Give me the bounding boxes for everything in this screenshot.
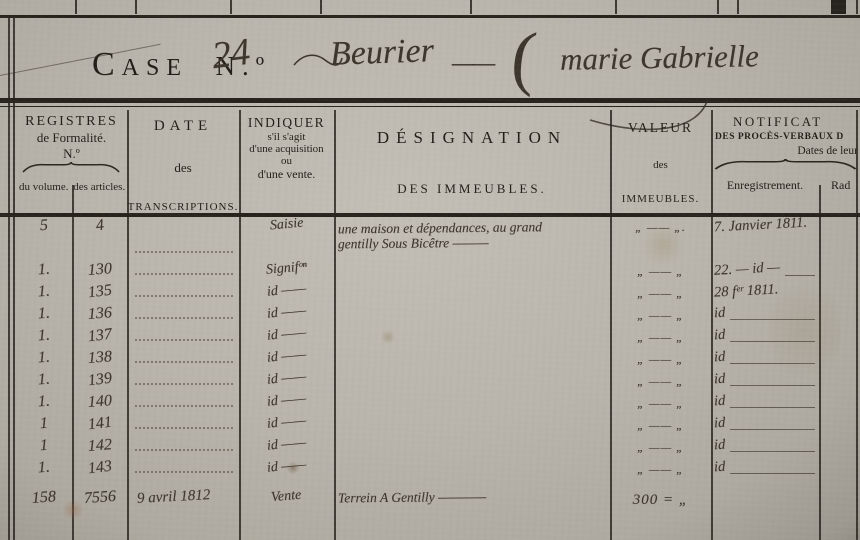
cell-radiation <box>819 261 860 283</box>
cell-volume: 1. <box>16 459 72 481</box>
dotted-line <box>135 405 233 407</box>
cell-article: 141 <box>72 415 127 437</box>
dotted-line <box>135 295 233 297</box>
table-row: 158 7556 9 avril 1812 Vente Terrein A Ge… <box>16 481 860 540</box>
valeur-sub2: IMMEUBLES. <box>622 193 700 205</box>
cell-transcription-date <box>127 371 239 393</box>
cell-enregistrement: id <box>711 415 819 437</box>
table-row: 1. 135 id —— „ —— „ 28 fᵉʳ 1811. <box>16 283 860 305</box>
dotted-line <box>135 251 233 253</box>
designation-value: Terrein A Gentilly ———— <box>338 488 610 506</box>
table-row: 1. 137 id —— „ —— „ id <box>16 327 860 349</box>
cell-enregistrement: id <box>711 371 819 393</box>
indiquer-value: id —— <box>266 457 307 476</box>
indiquer-line4: ou <box>281 155 292 167</box>
volume-value: 158 <box>31 488 56 508</box>
volume-value: 5 <box>39 217 48 236</box>
col-header-indiquer: INDIQUER s'il s'agit d'une acquisition o… <box>239 110 334 218</box>
cell-article: 130 <box>72 261 127 283</box>
cell-indiquer: Signifᵒⁿ <box>239 261 334 283</box>
cell-radiation <box>819 393 860 415</box>
volume-value: 1. <box>37 305 50 324</box>
cell-valeur: „ —— „ <box>610 327 711 349</box>
cell-valeur: „ —— „ <box>610 437 711 459</box>
article-value: 141 <box>86 414 112 435</box>
valeur-value: 300 = „ <box>633 492 688 509</box>
article-value: 7556 <box>83 488 116 508</box>
article-value: 140 <box>87 392 112 412</box>
cell-volume: 1. <box>16 371 72 393</box>
notification-line2: DES PROCÈS-VERBAUX D <box>711 130 860 142</box>
cell-transcription-date <box>127 305 239 327</box>
cell-valeur: 300 = „ <box>610 489 711 540</box>
article-value: 135 <box>86 282 112 303</box>
date-sub1: des <box>174 160 191 176</box>
cell-transcription-date <box>127 415 239 437</box>
valeur-value: „ —— „ <box>637 462 684 477</box>
article-value: 4 <box>94 217 104 236</box>
registres-sub1: de Formalité. <box>37 130 106 146</box>
indiquer-value: Vente <box>271 488 303 507</box>
cell-valeur: „ —— „ <box>610 459 711 481</box>
cell-indiquer: id —— <box>239 327 334 349</box>
valeur-value: „ —— „ <box>637 286 684 301</box>
cell-valeur: „ —— „ <box>610 349 711 371</box>
cell-enregistrement: 28 fᵉʳ 1811. <box>711 283 819 305</box>
volume-value: 1. <box>37 283 50 302</box>
tick-mark <box>737 0 739 14</box>
cell-valeur: „ —— „ <box>610 393 711 415</box>
date-sub2: TRANSCRIPTIONS. <box>128 201 239 213</box>
cell-article: 4 <box>72 217 127 261</box>
cell-transcription-date <box>127 283 239 305</box>
header-rule-thin <box>0 106 860 107</box>
cell-volume: 1. <box>16 261 72 283</box>
cell-article: 139 <box>72 371 127 393</box>
cell-transcription-date <box>127 437 239 459</box>
enregistrement-value: 28 fᵉʳ 1811. <box>714 281 779 301</box>
cell-radiation <box>819 459 860 481</box>
cell-volume: 1 <box>16 415 72 437</box>
article-value: 137 <box>86 326 112 347</box>
cell-volume: 158 <box>16 489 72 540</box>
table-row: 1. 130 Signifᵒⁿ „ —— „ 22. — id — <box>16 261 860 283</box>
cell-indiquer: id —— <box>239 415 334 437</box>
registres-title: REGISTRES <box>25 110 118 130</box>
cell-indiquer: Saisie <box>239 217 334 261</box>
volume-value: 1. <box>37 327 50 346</box>
cell-transcription-date <box>127 393 239 415</box>
cell-valeur: „ —— „ <box>610 305 711 327</box>
cell-enregistrement: id <box>711 305 819 327</box>
cell-volume: 1. <box>16 327 72 349</box>
indiquer-value: Saisie <box>269 216 304 235</box>
enregistrement-value: id <box>714 305 726 323</box>
enregistrement-value: 7. Janvier 1811. <box>714 215 808 237</box>
indiquer-value: id —— <box>266 347 307 366</box>
indiquer-line2: s'il s'agit <box>268 131 306 143</box>
notification-subheaders: Enregistrement. Rad <box>711 170 860 213</box>
dotted-line <box>135 339 233 341</box>
cell-radiation <box>819 437 860 459</box>
cell-designation <box>334 327 610 349</box>
cell-indiquer: id —— <box>239 305 334 327</box>
cell-designation <box>334 371 610 393</box>
tick-mark <box>135 0 137 14</box>
table-row: 1. 139 id —— „ —— „ id <box>16 371 860 393</box>
cell-transcription-date <box>127 217 239 261</box>
dotted-line <box>135 317 233 319</box>
cell-indiquer: id —— <box>239 393 334 415</box>
dotted-line <box>135 449 233 451</box>
tick-mark <box>230 0 232 14</box>
dotted-line <box>135 471 233 473</box>
enregistrement-value: id <box>714 437 726 455</box>
tick-mark <box>615 0 617 14</box>
cell-enregistrement: id <box>711 459 819 481</box>
cell-designation <box>334 283 610 305</box>
cell-valeur: „ —— „ <box>610 283 711 305</box>
case-header: Case N.º 24 Beurier —— ( marie Gabrielle <box>0 24 860 98</box>
enregistrement-value: id <box>714 415 726 433</box>
cell-volume: 5 <box>16 217 72 261</box>
table-row: 1. 140 id —— „ —— „ id <box>16 393 860 415</box>
table-row: 1. 143 id —— „ —— „ id <box>16 459 860 481</box>
cell-article: 136 <box>72 305 127 327</box>
cell-article: 143 <box>72 459 127 481</box>
cell-indiquer: id —— <box>239 349 334 371</box>
cell-designation: une maison et dépendances, au grandgenti… <box>334 217 610 261</box>
cell-radiation <box>819 305 860 327</box>
cell-radiation <box>819 371 860 393</box>
tick-mark <box>75 0 77 14</box>
cell-article: 137 <box>72 327 127 349</box>
valeur-value: „ —— „ <box>637 308 684 323</box>
subheader-enregistrement: Enregistrement. <box>711 170 819 213</box>
cell-designation <box>334 349 610 371</box>
valeur-title: VALEUR <box>628 120 693 136</box>
indiquer-value: id —— <box>266 435 307 454</box>
cell-radiation <box>819 283 860 305</box>
cell-transcription-date <box>127 327 239 349</box>
volume-value: 1 <box>39 437 48 456</box>
designation-sub: DES IMMEUBLES. <box>397 181 547 197</box>
enregistrement-value: id <box>714 459 726 477</box>
cell-article: 138 <box>72 349 127 371</box>
table-row: 1. 138 id —— „ —— „ id <box>16 349 860 371</box>
article-value: 130 <box>87 260 112 280</box>
volume-value: 1. <box>37 349 50 368</box>
cell-volume: 1. <box>16 305 72 327</box>
designation-title: DÉSIGNATION <box>377 128 567 148</box>
col-header-date: DATE des TRANSCRIPTIONS. <box>127 110 239 223</box>
cell-article: 140 <box>72 393 127 415</box>
cell-valeur: „ —— „ <box>610 415 711 437</box>
indiquer-value: id —— <box>266 391 307 410</box>
valeur-value: „ —— „ <box>637 374 684 389</box>
enregistrement-value: 22. — id — <box>714 259 781 279</box>
cell-designation <box>334 393 610 415</box>
case-surname: Beurier <box>329 32 434 74</box>
case-dash: —— <box>452 48 492 78</box>
table-body: 5 4 Saisie une maison et dépendances, au… <box>16 217 860 540</box>
previous-section-edge <box>0 0 860 15</box>
tick-mark <box>470 0 472 14</box>
enregistrement-value: id <box>714 327 726 345</box>
cell-transcription-date <box>127 261 239 283</box>
tick-mark <box>717 0 719 14</box>
enregistrement-value: id <box>714 371 726 389</box>
subheader-radiation: Rad <box>819 170 860 213</box>
notification-line3: Dates de leur <box>711 142 860 159</box>
valeur-value: „ —— „ <box>637 352 684 367</box>
indiquer-value: Signifᵒⁿ <box>265 259 307 279</box>
cell-radiation <box>819 415 860 437</box>
brace <box>711 159 860 170</box>
cell-indiquer: id —— <box>239 283 334 305</box>
article-value: 139 <box>86 370 112 391</box>
cell-designation <box>334 415 610 437</box>
subheader-articles: des articles. <box>72 173 128 213</box>
cell-enregistrement <box>711 489 819 540</box>
article-value: 142 <box>87 436 112 456</box>
indiquer-value: id —— <box>266 281 307 300</box>
cell-designation <box>334 437 610 459</box>
cell-enregistrement: 7. Janvier 1811. <box>711 217 819 261</box>
brace <box>20 162 122 173</box>
header-rule-thick <box>0 98 860 103</box>
cell-designation <box>334 261 610 283</box>
valeur-sub1: des <box>653 159 668 171</box>
table-row: 1 142 id —— „ —— „ id <box>16 437 860 459</box>
indiquer-line5: d'une vente. <box>258 167 315 182</box>
valeur-value: „ —— „. <box>635 220 686 235</box>
subheader-volume: du volume. <box>16 173 72 213</box>
volume-value: 1. <box>37 371 50 390</box>
table-row: 1. 136 id —— „ —— „ id <box>16 305 860 327</box>
valeur-value: „ —— „ <box>637 264 684 279</box>
article-value: 138 <box>87 348 112 368</box>
valeur-value: „ —— „ <box>637 440 684 455</box>
enregistrement-value: id <box>714 393 726 411</box>
cell-enregistrement: id <box>711 349 819 371</box>
cell-valeur: „ —— „ <box>610 371 711 393</box>
cell-enregistrement: id <box>711 437 819 459</box>
cell-indiquer: id —— <box>239 437 334 459</box>
cell-article: 135 <box>72 283 127 305</box>
designation-value-2: gentilly Sous Bicêtre ——— <box>338 234 610 252</box>
table-row: 1 141 id —— „ —— „ id <box>16 415 860 437</box>
valeur-value: „ —— „ <box>637 330 684 345</box>
cell-transcription-date: 9 avril 1812 <box>127 489 239 540</box>
cell-radiation <box>819 217 860 261</box>
cell-volume: 1. <box>16 283 72 305</box>
cell-volume: 1. <box>16 393 72 415</box>
indiquer-value: id —— <box>266 413 307 432</box>
case-number: 24 <box>209 30 252 78</box>
cell-enregistrement: id <box>711 327 819 349</box>
indiquer-value: id —— <box>266 369 307 388</box>
cell-valeur: „ —— „. <box>610 217 711 261</box>
cell-designation <box>334 459 610 481</box>
cell-radiation <box>819 327 860 349</box>
article-value: 136 <box>87 304 112 324</box>
tick-mark <box>320 0 322 14</box>
indiquer-line3: d'une acquisition <box>249 143 323 155</box>
dotted-line <box>135 273 233 275</box>
cell-volume: 1 <box>16 437 72 459</box>
article-value: 143 <box>86 458 112 479</box>
volume-value: 1. <box>37 261 50 280</box>
document-photo: Case N.º 24 Beurier —— ( marie Gabrielle… <box>0 0 860 540</box>
tick-mark <box>856 0 858 14</box>
cell-indiquer: id —— <box>239 371 334 393</box>
volume-value: 1. <box>37 393 50 412</box>
case-label-word: Case <box>92 46 188 83</box>
cell-article: 7556 <box>72 489 127 540</box>
table-row: 5 4 Saisie une maison et dépendances, au… <box>16 217 860 261</box>
cell-transcription-date <box>127 349 239 371</box>
cell-enregistrement: id <box>711 393 819 415</box>
tick-mark <box>831 0 846 14</box>
date-title: DATE <box>154 118 212 135</box>
indiquer-value: id —— <box>266 303 307 322</box>
col-header-valeur: VALEUR des IMMEUBLES. <box>610 110 711 213</box>
cell-volume: 1. <box>16 349 72 371</box>
cell-indiquer: id —— <box>239 459 334 481</box>
dotted-line <box>135 383 233 385</box>
volume-value: 1 <box>39 415 48 434</box>
enregistrement-value: id <box>714 349 726 367</box>
notification-title: NOTIFICAT <box>711 110 860 130</box>
valeur-value: „ —— „ <box>637 396 684 411</box>
cell-article: 142 <box>72 437 127 459</box>
case-given-names: marie Gabrielle <box>560 38 759 77</box>
cell-radiation <box>819 349 860 371</box>
indiquer-value: id —— <box>266 325 307 344</box>
col-header-notification: NOTIFICAT DES PROCÈS-VERBAUX D Dates de … <box>711 110 860 213</box>
cell-radiation <box>819 489 860 540</box>
valeur-value: „ —— „ <box>637 418 684 433</box>
parenthesis-flourish: ( <box>508 15 541 100</box>
cell-designation <box>334 305 610 327</box>
cell-valeur: „ —— „ <box>610 261 711 283</box>
volume-value: 1. <box>37 459 50 478</box>
cell-designation: Terrein A Gentilly ———— <box>334 489 610 540</box>
date-value: 9 avril 1812 <box>137 487 211 508</box>
cell-transcription-date <box>127 459 239 481</box>
col-header-designation: DÉSIGNATION DES IMMEUBLES. <box>334 110 610 213</box>
top-rule <box>0 15 860 18</box>
dotted-line <box>135 427 233 429</box>
indiquer-title: INDIQUER <box>248 115 325 131</box>
registres-sub2: N.º <box>63 146 80 162</box>
cell-indiquer: Vente <box>239 489 334 540</box>
cell-enregistrement: 22. — id — <box>711 261 819 283</box>
dotted-line <box>135 361 233 363</box>
